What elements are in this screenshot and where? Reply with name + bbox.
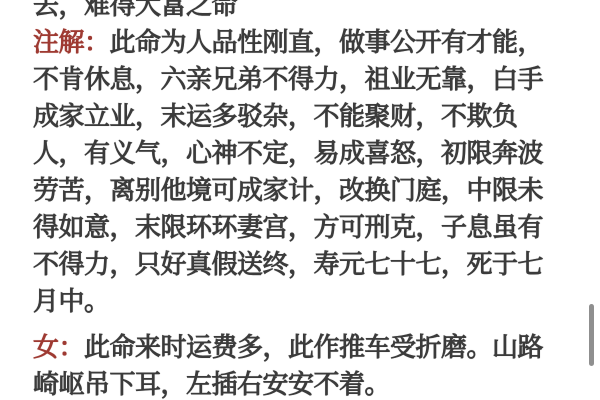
- line-text: 此命来时运费多，此作推车受折磨。山路: [84, 332, 543, 362]
- text-line: 劳苦，离别他境可成家计，改换门庭，中限未: [33, 172, 573, 209]
- line-text: 此命为人品性刚直，做事公开有才能，: [110, 27, 544, 57]
- text-line: 成家立业，末运多驳杂，不能聚财，不欺负: [33, 98, 573, 135]
- paragraph-label-nv: 女：: [33, 332, 84, 362]
- line-text: 人，有义气，心神不定，易成喜怒，初限奔波: [33, 138, 543, 168]
- text-line: 崎岖吊下耳，左插右安安不着。: [33, 366, 573, 400]
- paragraph-label-zhujie: 注解：: [33, 27, 110, 57]
- line-text: 崎岖吊下耳，左插右安安不着。: [33, 369, 390, 399]
- text-line: 人，有义气，心神不定，易成喜怒，初限奔波: [33, 135, 573, 172]
- text-line: 去，难得大富之命: [33, 0, 573, 24]
- text-line: 注解：此命为人品性刚直，做事公开有才能，: [33, 24, 573, 61]
- line-text: 得如意，末限环环妻宫，方可刑克，子息虽有: [33, 212, 543, 242]
- text-line: 不肯休息，六亲兄弟不得力，祖业无靠，白手: [33, 61, 573, 98]
- line-text: 成家立业，末运多驳杂，不能聚财，不欺负: [33, 101, 518, 131]
- text-line: 得如意，末限环环妻宫，方可刑克，子息虽有: [33, 209, 573, 246]
- fortune-text-body: 去，难得大富之命 注解：此命为人品性刚直，做事公开有才能， 不肯休息，六亲兄弟不…: [33, 0, 573, 400]
- text-line: 月中。: [33, 283, 573, 320]
- line-text: 不肯休息，六亲兄弟不得力，祖业无靠，白手: [33, 64, 543, 94]
- scrollbar-thumb[interactable]: [589, 304, 594, 366]
- document-page: 去，难得大富之命 注解：此命为人品性刚直，做事公开有才能， 不肯休息，六亲兄弟不…: [0, 0, 600, 400]
- text-line: 不得力，只好真假送终，寿元七十七，死于七: [33, 246, 573, 283]
- line-text: 去，难得大富之命: [33, 0, 237, 20]
- line-text: 劳苦，离别他境可成家计，改换门庭，中限未: [33, 175, 543, 205]
- line-text: 不得力，只好真假送终，寿元七十七，死于七: [33, 249, 543, 279]
- line-text: 月中。: [33, 286, 110, 316]
- text-line: 女：此命来时运费多，此作推车受折磨。山路: [33, 329, 573, 366]
